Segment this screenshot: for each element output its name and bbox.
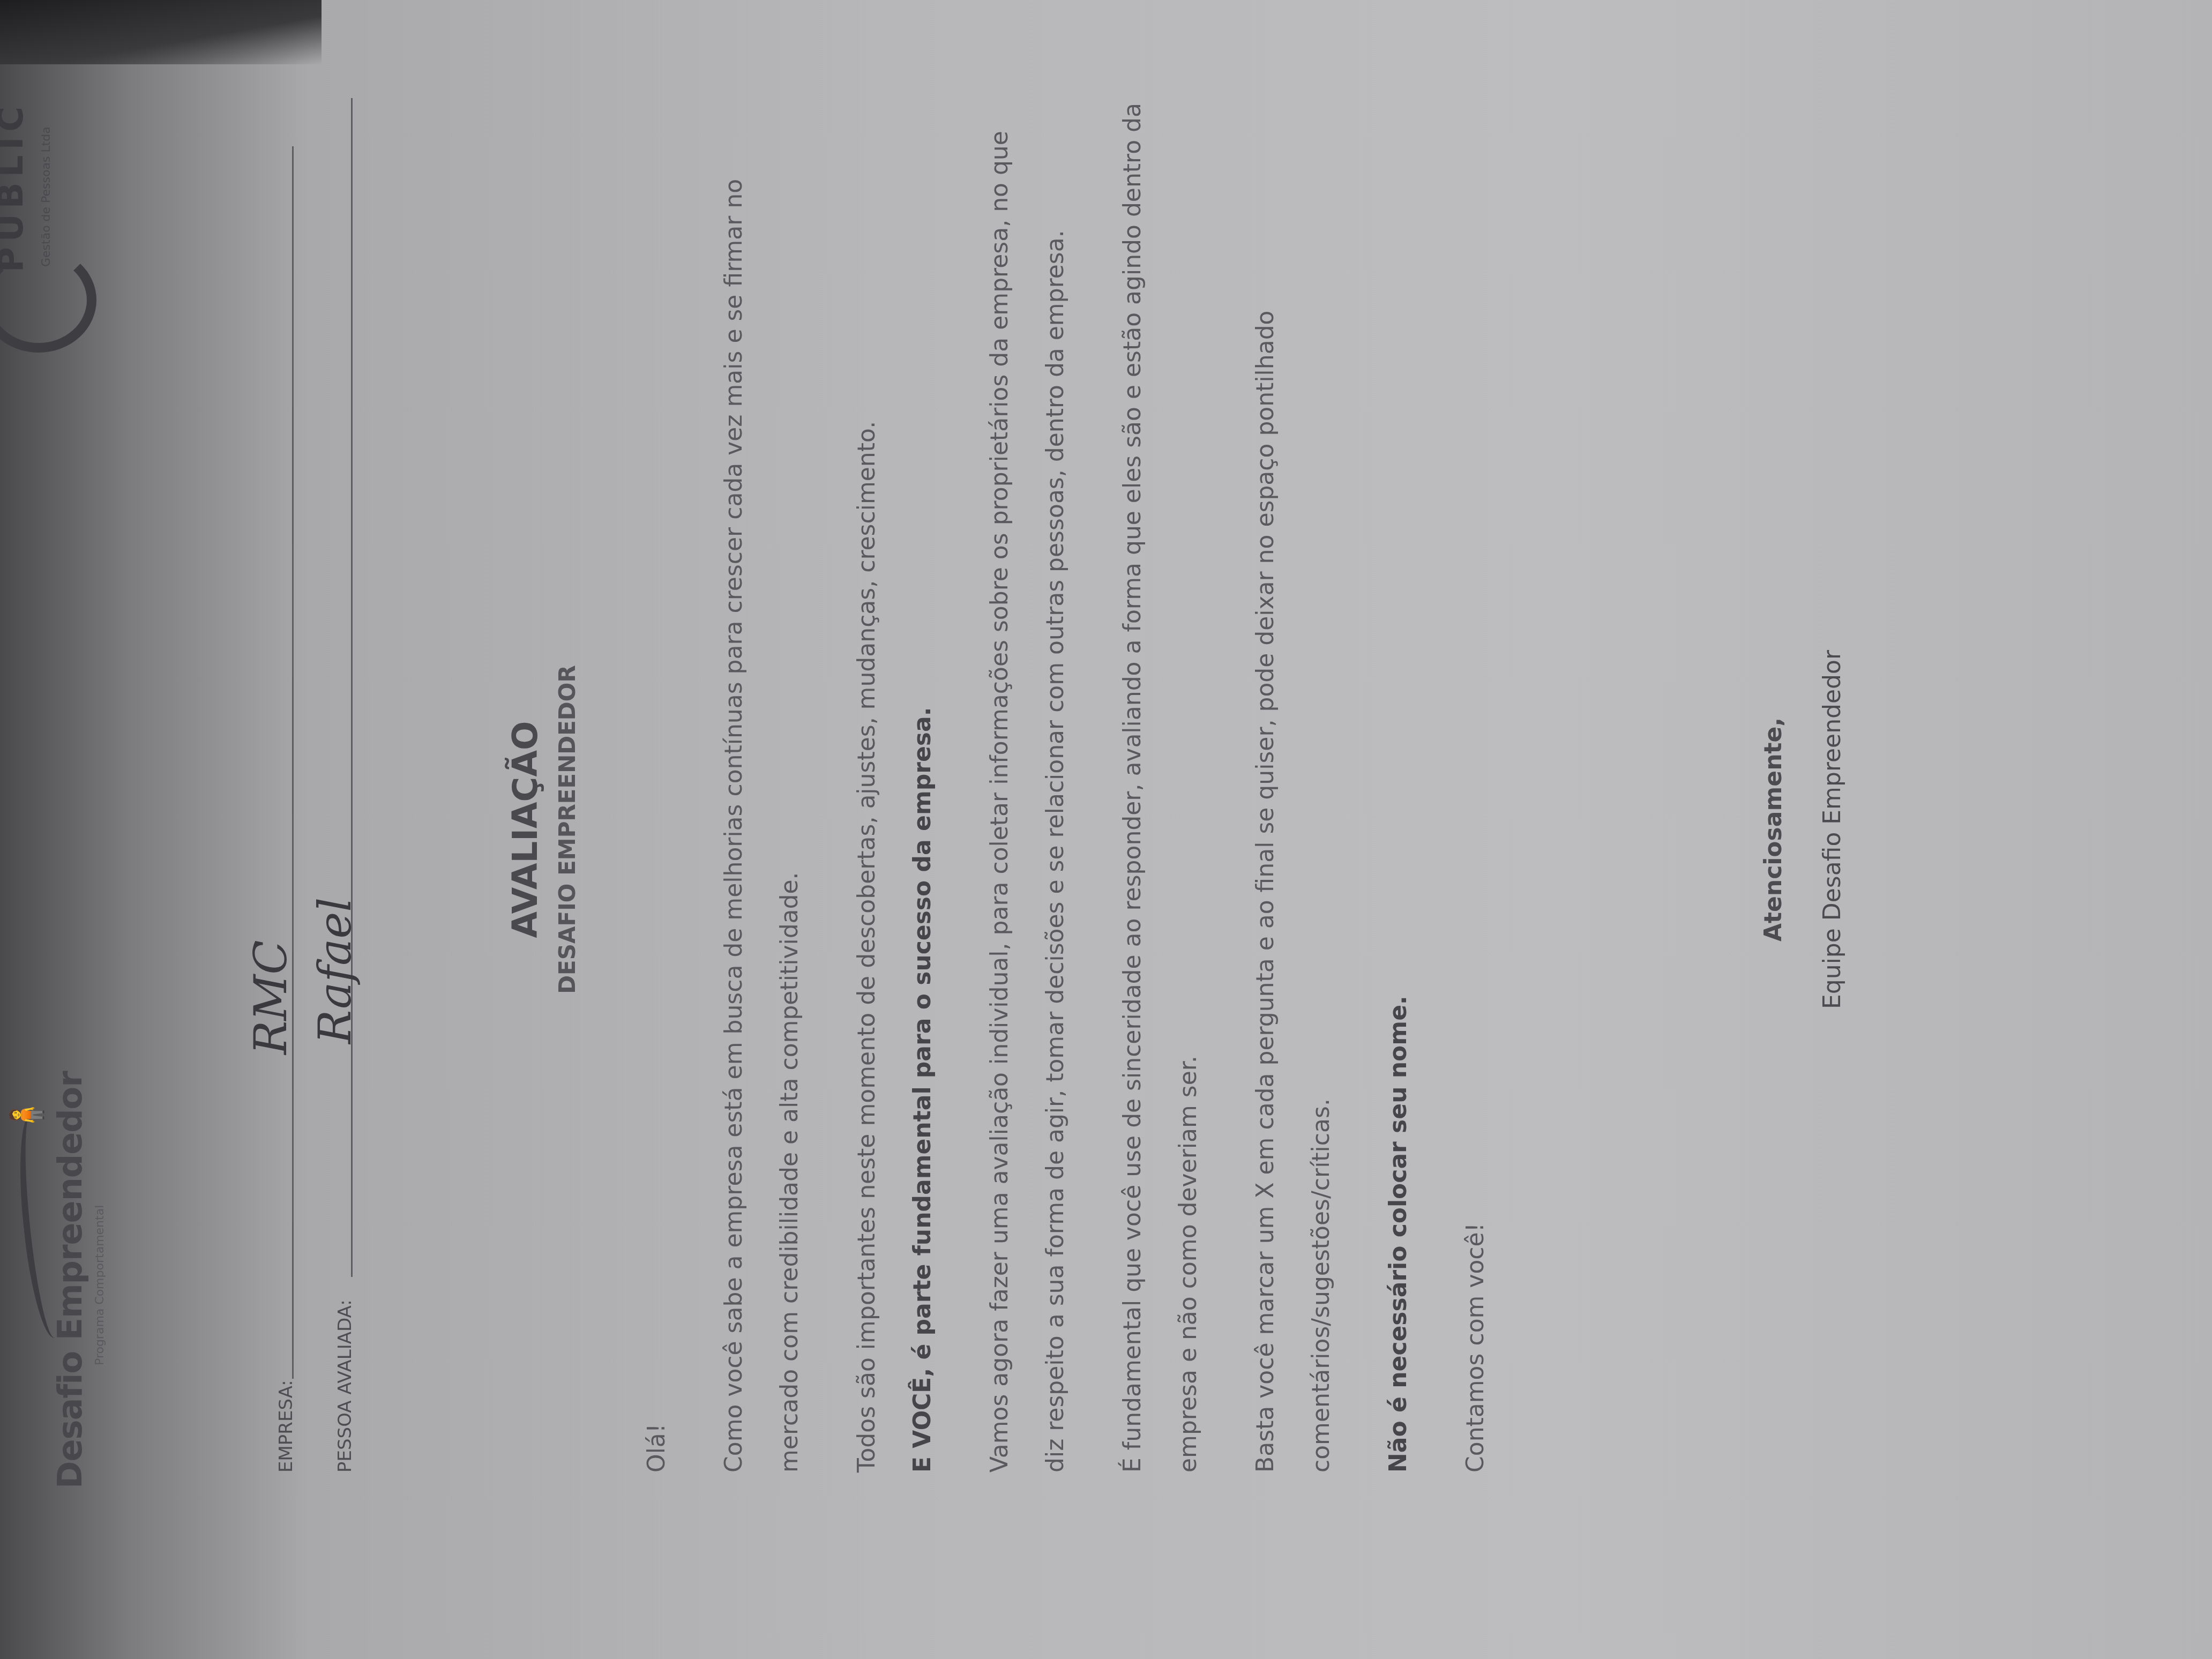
public-logo: PUBLIC Gestão de Pessoas Ltda [0,106,120,374]
empresa-line [292,146,294,1379]
paragraph-1: Como você sabe a empresa está em busca d… [706,101,818,1473]
empresa-field[interactable]: EMPRESA: RMC [275,26,297,1473]
page-subtitle: DESAFIO EMPREENDEDOR [554,26,580,1633]
page-title: AVALIAÇÃO [506,26,545,1633]
paragraph-3: Vamos agora fazer uma avaliação individu… [972,101,1083,1473]
paragraph-2-emphasis: E VOCÊ, é parte fundamental para o suces… [909,707,936,1473]
pessoa-avaliada-field[interactable]: PESSOA AVALIADA: Rafael [334,26,356,1473]
pessoa-avaliada-handwritten-value: Rafael [309,898,361,1044]
letter-body: Olá! Como você sabe a empresa está em bu… [629,101,1525,1473]
pessoa-avaliada-line [351,98,353,1277]
desafio-empreendedor-logo: 🧍 Desafio Empreendedor Programa Comporta… [8,1049,136,1489]
empresa-handwritten-value: RMC [244,940,297,1055]
empresa-label: EMPRESA: [275,1380,297,1473]
person-figure-icon: 🧍 [8,1095,46,1135]
paragraph-4: É fundamental que você use de sinceridad… [1105,101,1216,1473]
signature: Equipe Desafio Empreendedor [1819,26,1846,1633]
paragraph-2: Todos são importantes neste momento de d… [839,101,951,1473]
paragraph-5: Basta você marcar um X em cada pergunta … [1238,101,1349,1473]
closing: Atenciosamente, [1760,26,1787,1633]
anonymity-note: Não é necessário colocar seu nome. [1371,101,1426,1473]
greeting: Olá! [629,101,685,1473]
pessoa-avaliada-label: PESSOA AVALIADA: [334,1299,356,1473]
paper-page: 🧍 Desafio Empreendedor Programa Comporta… [0,26,1937,1633]
thanks-line: Contamos com você! [1448,101,1504,1473]
